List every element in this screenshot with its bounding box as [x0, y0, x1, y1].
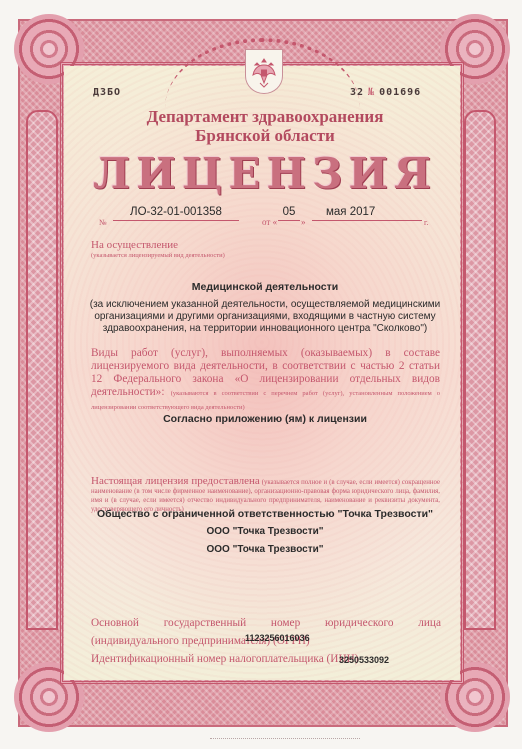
licensee-label-text: Настоящая лицензия предоставлена: [91, 475, 260, 487]
coat-of-arms-icon: [245, 49, 283, 94]
date-month-year: мая 2017: [326, 206, 375, 218]
date-from-label: от «: [262, 217, 277, 227]
date-day: 05: [278, 206, 300, 218]
license-number: ЛО-32-01-001358: [113, 206, 239, 218]
inn-label: Идентификационный номер налогоплательщик…: [91, 653, 359, 665]
blank-number: 32№001696: [350, 87, 421, 98]
printer-imprint: [210, 738, 360, 742]
works-value: Согласно приложению (ям) к лицензии: [80, 413, 450, 425]
licensee-short-name: ООО "Точка Трезвости": [80, 526, 450, 537]
activity-exclusion: (за исключением указанной деятельности, …: [82, 299, 448, 335]
activity-note: (указывается лицензируемый вид деятельно…: [91, 252, 225, 259]
license-number-label: №: [99, 218, 107, 227]
year-suffix: г.: [424, 218, 428, 227]
license-document: ДЗБО 32№001696 Департамент здравоохранен…: [0, 0, 522, 749]
ogrn-label: Основной государственный номер юридическ…: [91, 614, 441, 650]
ogrn-value: 1123256016036: [245, 633, 310, 643]
region-code: 32: [350, 87, 364, 98]
activity-name: Медицинской деятельности: [80, 281, 450, 293]
activity-label: На осуществление: [91, 239, 178, 251]
inn-value: 3250533092: [339, 655, 389, 665]
licensee-brand-name: ООО "Точка Трезвости": [80, 544, 450, 555]
left-side-ornament: [26, 110, 58, 630]
document-title: ЛИЦЕНЗИЯ: [80, 149, 450, 198]
number-sign: №: [368, 87, 375, 98]
works-label: Виды работ (услуг), выполняемых (оказыва…: [91, 347, 440, 414]
date-close-quote: »: [301, 217, 306, 227]
blank-serial: 001696: [379, 87, 421, 98]
issuer-line-2: Брянской области: [80, 127, 450, 145]
blank-series-code: ДЗБО: [93, 87, 121, 98]
licensee-full-name: Общество с ограниченной ответственностью…: [80, 508, 450, 520]
issuer-line-1: Департамент здравоохранения: [80, 108, 450, 126]
right-side-ornament: [464, 110, 496, 630]
